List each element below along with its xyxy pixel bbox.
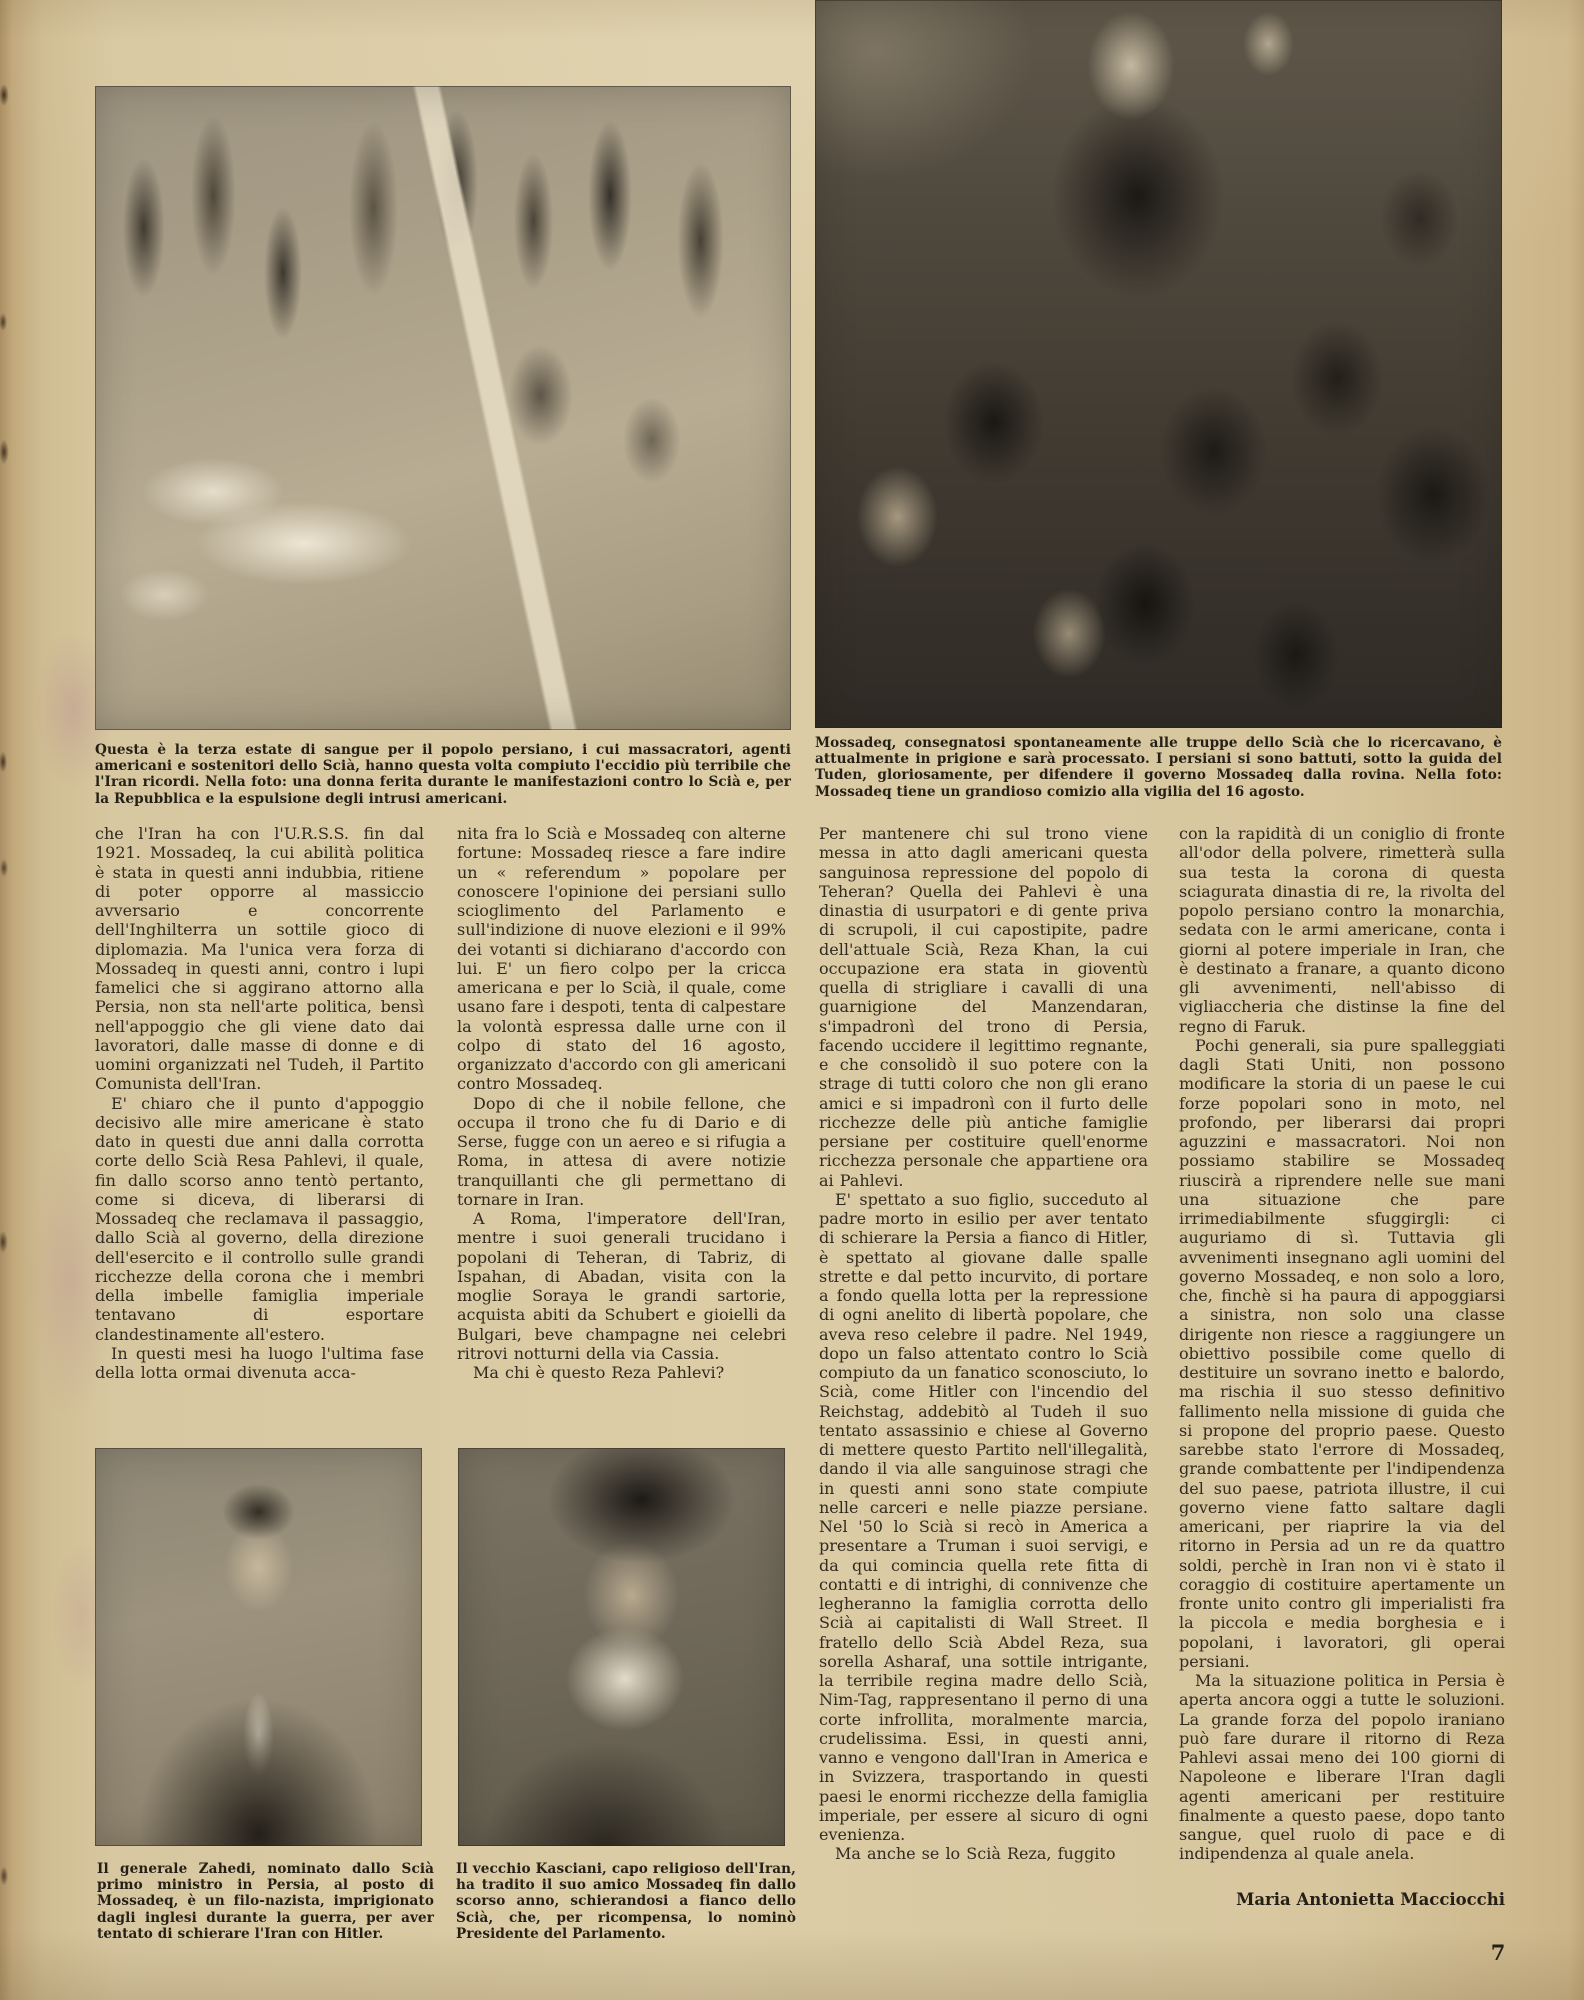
paragraph: Ma la situazione politica in Persia è ap… <box>1179 1671 1505 1864</box>
paragraph: In questi mesi ha luogo l'ultima fase de… <box>95 1344 424 1383</box>
photo-mossadeq-rally-crowd <box>815 0 1502 728</box>
paragraph: Dopo di che il nobile fellone, che occup… <box>457 1094 786 1210</box>
paragraph: A Roma, l'imperatore dell'Iran, mentre i… <box>457 1209 786 1363</box>
photo-general-zahedi-portrait <box>95 1448 422 1846</box>
article-column-1: che l'Iran ha con l'U.R.S.S. fin dal 192… <box>95 824 424 1446</box>
article-column-2: nita fra lo Scià e Mossadeq con alterne … <box>457 824 786 1446</box>
photo-kasciani-portrait <box>458 1448 785 1846</box>
paragraph: Pochi generali, sia pure spalleggiati da… <box>1179 1036 1505 1671</box>
paragraph: E' chiaro che il punto d'appoggio decisi… <box>95 1094 424 1344</box>
paragraph: nita fra lo Scià e Mossadeq con alterne … <box>457 824 786 1094</box>
paragraph: Ma anche se lo Scià Reza, fuggito <box>819 1844 1148 1863</box>
paragraph: con la rapidità di un coniglio di fronte… <box>1179 824 1505 1036</box>
page-number: 7 <box>1478 1940 1518 1965</box>
caption-kasciani-photo: Il vecchio Kasciani, capo religioso dell… <box>456 1861 796 1942</box>
photo-injured-woman-street-scene <box>95 86 791 730</box>
caption-top-right-photo: Mossadeq, consegnatosi spontaneamente al… <box>815 735 1502 800</box>
paragraph: che l'Iran ha con l'U.R.S.S. fin dal 192… <box>95 824 424 1094</box>
author-byline: Maria Antonietta Macciocchi <box>1179 1890 1505 1909</box>
paragraph: E' spettato a suo figlio, succeduto al p… <box>819 1190 1148 1845</box>
article-column-4: con la rapidità di un coniglio di fronte… <box>1179 824 1505 1884</box>
caption-top-left-photo: Questa è la terza estate di sangue per i… <box>95 742 791 807</box>
paragraph: Ma chi è questo Reza Pahlevi? <box>457 1363 786 1382</box>
article-column-3: Per mantenere chi sul trono viene messa … <box>819 824 1148 1946</box>
caption-zahedi-photo: Il generale Zahedi, nominato dallo Scià … <box>97 1861 434 1942</box>
paragraph: Per mantenere chi sul trono viene messa … <box>819 824 1148 1190</box>
